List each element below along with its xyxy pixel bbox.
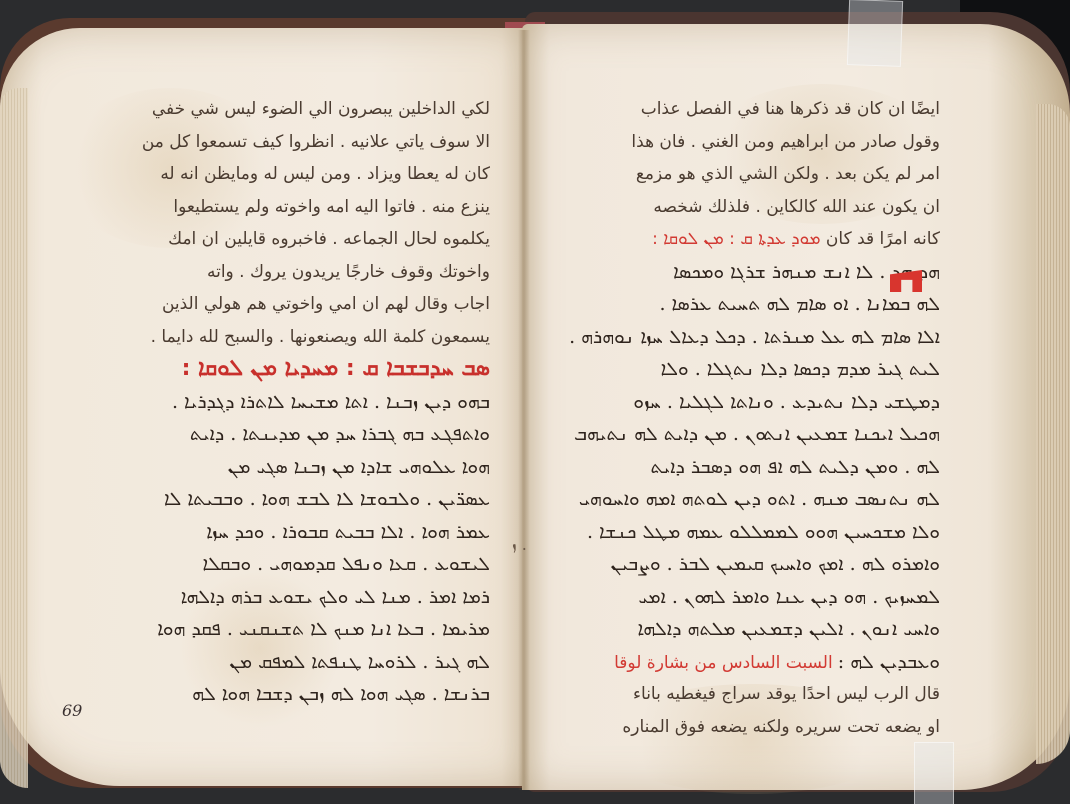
text-line: ܕܡܛܫܝ ܕܠܐ ܢܬܝܕܥ . ܘܢܐܬܐ ܠܓܠܝܐ . ܚܙܘ (545, 386, 940, 419)
text-line: ܠܗ . ܘܡܢ ܕܠܝܬ ܠܗ ܐܦ ܗܘ ܕܣܒܪ ܕܐܝܬ (545, 451, 940, 484)
text-line: ܠܗ ܢܬܢܣܒ ܡܢܗ . ܐܬܘ ܕܝܢ ܠܘܬܗ ܐܡܗ ܘܐܚܘܗܝ (545, 483, 940, 516)
rubric-heading: ܣܒ ܚܕܒܫܒܐ ܩ : ܡܚܕܝܐ ܡܢ ܠܘܩܐ : (100, 353, 490, 386)
margin-mark: ܙ . (512, 535, 527, 555)
right-page-edge (1036, 104, 1070, 764)
left-page-edge (0, 88, 28, 788)
text-line: ܠܗ ܒܡܐܢܐ . ܐܘ ܣܐܡ ܠܗ ܬܚܝܬ ܥܪܣܐ . (545, 288, 940, 321)
text-line: ܗܕ ܗܕ . ܠܐ ܐܢܫ ܡܢܗܪ ܫܪܓܐ ܘܡܟܣܐ (545, 256, 940, 289)
text-line: كانه امرًا قد كان ܡܘܕ ܥܕܬܐ ܩ : ܡܢ ܠܘܩܐ : (545, 223, 940, 256)
left-page-text: لكي الداخلين يبصرون الي الضوء ليس شي خفي… (100, 93, 490, 711)
text-line: او يضعه تحت سريره ولكنه يضعه فوق المناره (545, 711, 940, 744)
folio-number: 69 (62, 701, 82, 720)
text-line: ܘܐܡܪܘ ܠܗ . ܐܡܟ ܘܐܚܝܟ ܩܝܡܝܢ ܠܒܪ . ܘܨܒܝܢ (545, 548, 940, 581)
text-line: الا سوف ياتي علانيه . انظروا كيف تسمعوا … (100, 126, 490, 159)
conservation-tape (847, 0, 903, 67)
right-page-text: ايضًا ان كان قد ذكرها هنا في الفصل عذاب … (545, 93, 940, 743)
text-line: واخوتك وقوف خارجًا يريدون يروك . واته (100, 256, 490, 289)
text-line: قال الرب ليس احدًا يوقد سراج فيغطيه بانا… (545, 678, 940, 711)
text-line: ايضًا ان كان قد ذكرها هنا في الفصل عذاب (545, 93, 940, 126)
text-line: امر لم يكن بعد . ولكن الشي الذي هو مزمع (545, 158, 940, 191)
text-line: ܘܐܚܝ ܐܢܘܢ . ܐܠܝܢ ܕܫܡܥܝܢ ܡܠܬܗ ܕܐܠܗܐ (545, 613, 940, 646)
text-line: ܡܪܝܡܐ . ܒܥܐ ܐܢܐ ܡܢܟ ܠܐ ܬܫܢܩܢܝ . ܦܩܕ ܗܘܐ (100, 613, 490, 646)
text-segment: كانه امرًا قد كان (826, 229, 940, 249)
text-line: ܘܐܬܦܓܥ ܒܗ ܓܒܪܐ ܚܕ ܡܢ ܡܕܝܢܬܐ . ܕܐܝܬ (100, 418, 490, 451)
text-line: يكلموه لحال الجماعه . فاخبروه قايلين ان … (100, 223, 490, 256)
text-line: ܠܝܬ ܓܝܪ ܡܕܡ ܕܟܣܐ ܕܠܐ ܢܬܓܠܐ . ܘܠܐ (545, 353, 940, 386)
text-line: ينزع منه . فاتوا اليه امه واخوته ولم يست… (100, 191, 490, 224)
book-gutter (518, 30, 530, 790)
text-line: ܠܡܚܙܝܟ . ܗܘ ܕܝܢ ܥܢܐ ܘܐܡܪ ܠܗܘܢ . ܐܡܝ (545, 581, 940, 614)
conservation-tape (914, 742, 954, 804)
text-line: ܥܣܪ̈ܝܢ . ܘܠܒܘܫܐ ܠܐ ܠܒܫ ܗܘܐ . ܘܒܒܝܬܐ ܠܐ (100, 483, 490, 516)
text-line: اجاب وقال لهم ان امي واخوتي هم هولي الذي… (100, 288, 490, 321)
text-line: ܘܠܐ ܡܫܟܚܝܢ ܗܘܘ ܠܡܡܠܠܘ ܥܡܗ ܡܛܠ ܟܢܫܐ . (545, 516, 940, 549)
text-line: يسمعون كلمة الله ويصنعونها . والسبح لله … (100, 321, 490, 354)
text-line: ܘܥܒܕܝܢ ܠܗ : السبت السادس من بشارة لوقا (545, 646, 940, 679)
text-line: ان يكون عند الله كالكاين . فلذلك شخصه (545, 191, 940, 224)
text-line: ܠܝܫܘܥ . ܩܥܐ ܘܢܦܠ ܩܕܡܘܗܝ . ܘܒܩܠܐ (100, 548, 490, 581)
text-line: ܗܟܝܠ ܐܝܟܢܐ ܫܡܥܝܢ ܐܢܬܘܢ . ܡܢ ܕܐܝܬ ܠܗ ܢܬܝܗ… (545, 418, 940, 451)
text-line: ܒܗܘ ܕܝܢ ܙܒܢܐ . ܐܬܐ ܡܫܝܚܐ ܠܐܬܪܐ ܕܓܕܪܝܐ . (100, 386, 490, 419)
text-line: ܥܡܪ ܗܘܐ . ܐܠܐ ܒܒܝܬ ܩܒܘܪܐ . ܘܟܕ ܚܙܐ (100, 516, 490, 549)
inline-rubric: ܡܘܕ ܥܕܬܐ ܩ : ܡܢ ܠܘܩܐ : (652, 229, 820, 249)
text-line: وقول صادر من ابراهيم ومن الغني . فان هذا (545, 126, 940, 159)
text-line: لكي الداخلين يبصرون الي الضوء ليس شي خفي (100, 93, 490, 126)
closing-rubric: السبت السادس من بشارة لوقا (614, 653, 833, 673)
text-line: ܪܡܐ ܐܡܪ . ܡܢܐ ܠܝ ܘܠܟ ܝܫܘܥ ܒܪܗ ܕܐܠܗܐ (100, 581, 490, 614)
text-line: ܗܘܐ ܥܠܘܗܝ ܫܐܕܐ ܡܢ ܙܒܢܐ ܣܓܝ ܡܢ (100, 451, 490, 484)
text-line: ܐܠܐ ܣܐܡ ܠܗ ܥܠ ܡܢܪܬܐ . ܕܟܠ ܕܥܐܠ ܚܙܐ ܢܘܗܪܗ… (545, 321, 940, 354)
text-line: ܒܪܢܫܐ . ܣܓܝ ܗܘܐ ܠܗ ܙܒܢ ܕܫܒܐ ܗܘܐ ܠܗ (100, 678, 490, 711)
text-line: كان له يعطا ويزاد . ومن ليس له ومايظن ان… (100, 158, 490, 191)
text-line: ܠܗ ܓܝܪ . ܠܪܘܚܐ ܛܢܦܬܐ ܠܡܦܩ ܡܢ (100, 646, 490, 679)
text-segment: ܘܥܒܕܝܢ ܠܗ : (838, 651, 940, 673)
